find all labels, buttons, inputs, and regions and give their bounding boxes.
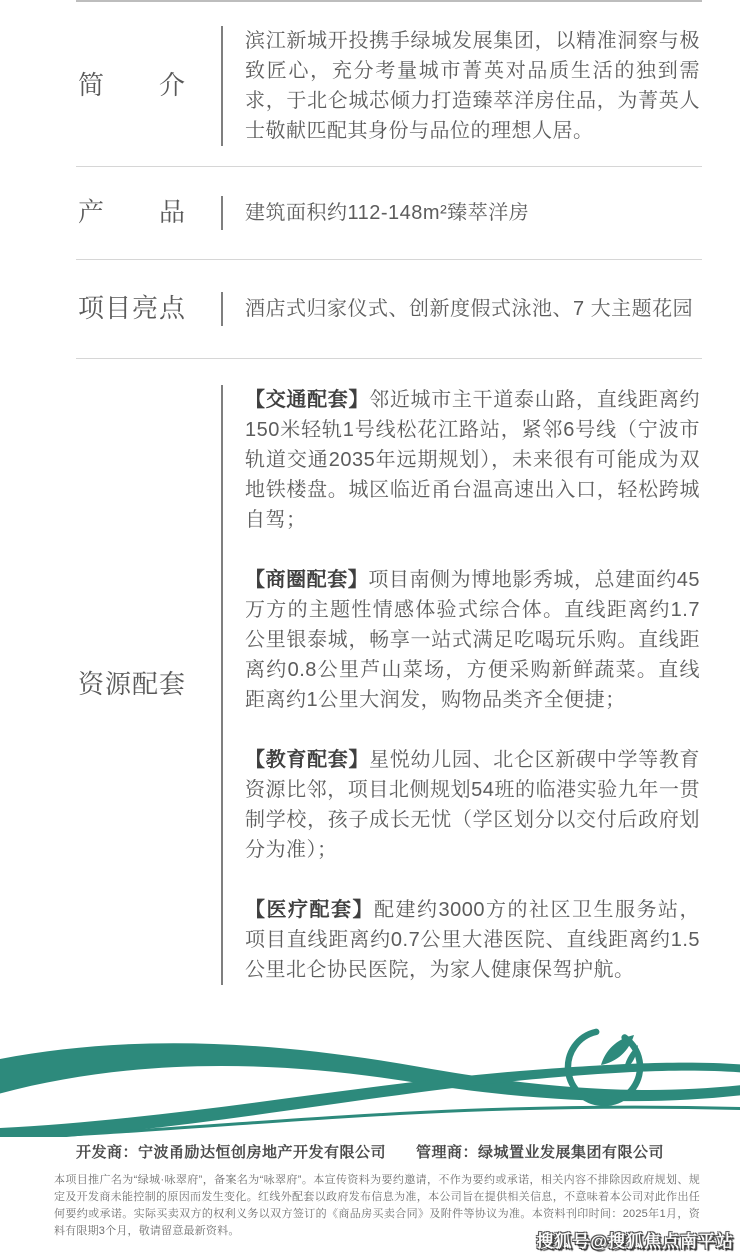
section-highlights: 项目亮点 酒店式归家仪式、创新度假式泳池、7 大主题花园 — [0, 260, 740, 358]
top-divider — [76, 0, 702, 2]
section-product-label: 产品 — [78, 196, 185, 230]
resource-item-tag: 【商圈配套】 — [245, 569, 368, 591]
section-highlights-divider — [221, 292, 223, 326]
section-intro: 简介 滨江新城开投携手绿城发展集团，以精准洞察与极致匠心，充分考量城市菁英对品质… — [0, 0, 740, 166]
wave-decoration — [0, 1011, 740, 1137]
section-resources-label: 资源配套 — [78, 668, 185, 702]
sohu-watermark: 搜狐号@搜狐焦点南平站 — [536, 1227, 734, 1252]
section-highlights-label: 项目亮点 — [78, 292, 185, 326]
section-resources: 资源配套 【交通配套】邻近城市主干道泰山路，直线距离约150米轻轨1号线松花江路… — [0, 359, 740, 1009]
resource-item-business: 【商圈配套】项目南侧为博地影秀城，总建面约45万方的主题性情感体验式综合体。直线… — [245, 565, 700, 715]
section-product: 产品 建筑面积约112-148m²臻萃洋房 — [0, 167, 740, 259]
section-product-divider — [221, 196, 223, 230]
resource-item-tag: 【教育配套】 — [245, 749, 369, 771]
section-product-content: 建筑面积约112-148m²臻萃洋房 — [245, 198, 700, 228]
section-resources-divider — [221, 385, 223, 985]
resource-item-tag: 【交通配套】 — [245, 389, 369, 411]
brochure-page: 简介 滨江新城开投携手绿城发展集团，以精准洞察与极致匠心，充分考量城市菁英对品质… — [0, 0, 740, 1256]
section-resources-content: 【交通配套】邻近城市主干道泰山路，直线距离约150米轻轨1号线松花江路站，紧邻6… — [245, 385, 700, 985]
footer-companies: 开发商：宁波甬励达恒创房地产开发有限公司 管理商：绿城置业发展集团有限公司 — [0, 1141, 740, 1162]
developer-name: 开发商：宁波甬励达恒创房地产开发有限公司 — [76, 1141, 386, 1162]
section-intro-label: 简介 — [78, 69, 185, 103]
section-intro-divider — [221, 26, 223, 146]
section-highlights-content: 酒店式归家仪式、创新度假式泳池、7 大主题花园 — [245, 294, 700, 324]
resource-item-transport: 【交通配套】邻近城市主干道泰山路，直线距离约150米轻轨1号线松花江路站，紧邻6… — [245, 385, 700, 535]
resource-item-tag: 【医疗配套】 — [245, 899, 374, 921]
resource-item-medical: 【医疗配套】配建约3000方的社区卫生服务站，项目直线距离约0.7公里大港医院、… — [245, 895, 700, 985]
resource-item-education: 【教育配套】星悦幼儿园、北仑区新碶中学等教育资源比邻，项目北侧规划54班的临港实… — [245, 745, 700, 865]
section-intro-content: 滨江新城开投携手绿城发展集团，以精准洞察与极致匠心，充分考量城市菁英对品质生活的… — [245, 26, 700, 146]
manager-name: 管理商：绿城置业发展集团有限公司 — [416, 1141, 664, 1162]
